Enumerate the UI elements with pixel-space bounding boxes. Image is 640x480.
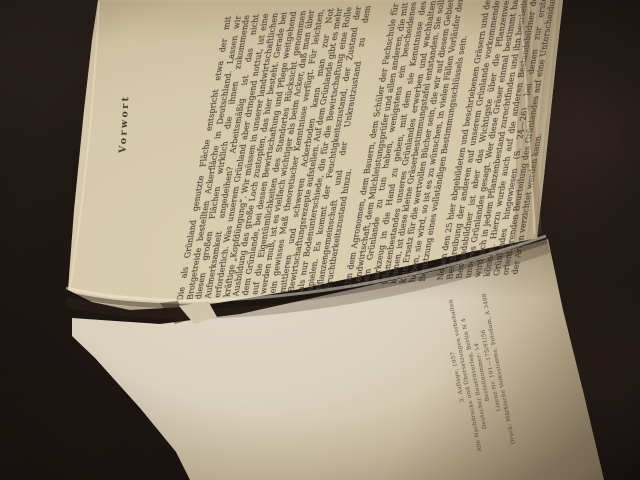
book-photo: 3. Auflage, 1957 Alle Nachdrucke und Übe… — [0, 0, 640, 480]
page-crease-overlay — [0, 0, 640, 480]
